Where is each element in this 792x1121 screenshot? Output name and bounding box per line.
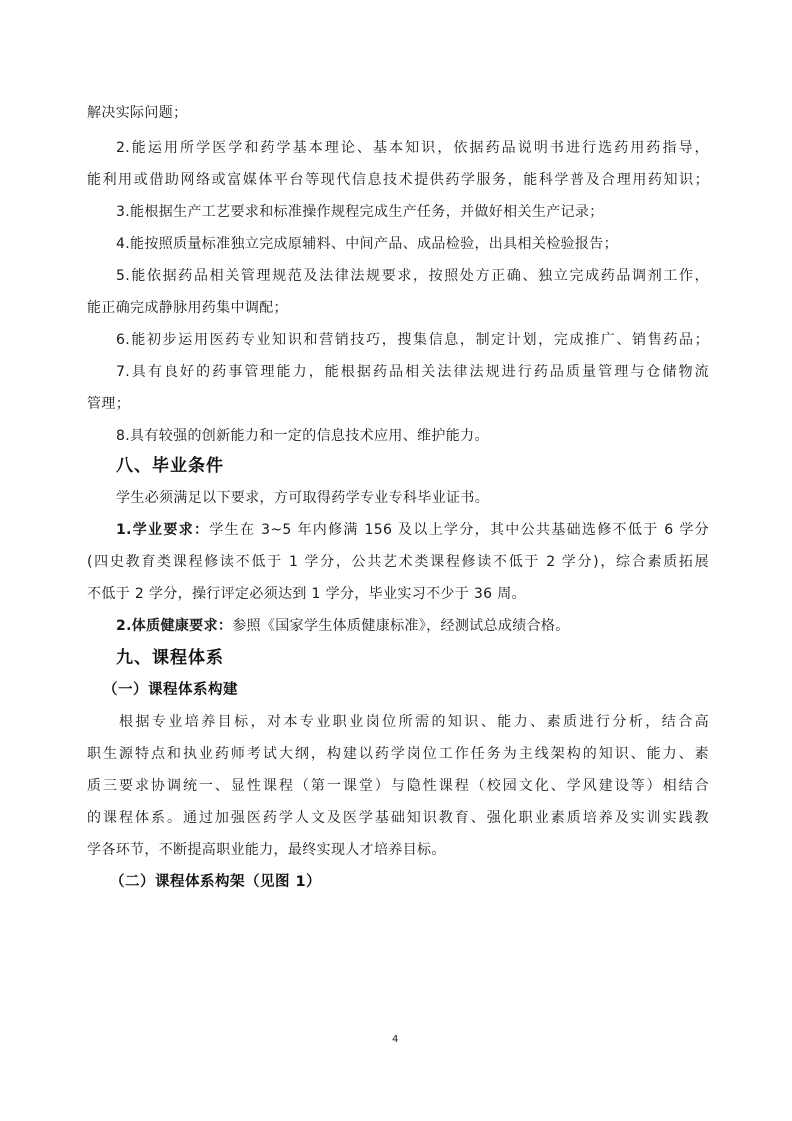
document-page: 解决实际问题； 2.能运用所学医学和药学基本理论、基本知识，依据药品说明书进行选… bbox=[0, 0, 792, 1121]
academic-requirement-cont2: 不低于 2 学分，操行评定必须达到 1 学分，毕业实习不少于 36 周。 bbox=[87, 584, 709, 604]
academic-requirement: 1.学业要求：学生在 3~5 年内修满 156 及以上学分，其中公共基础选修不低… bbox=[116, 520, 709, 540]
academic-requirement-cont: (四史教育类课程修读不低于 1 学分，公共艺术类课程修读不低于 2 学分)，综合… bbox=[87, 552, 709, 572]
ability-item-2-cont: 能利用或借助网络或富媒体平台等现代信息技术提供药学服务，能科学普及合理用药知识； bbox=[87, 170, 709, 190]
health-requirement: 2.体质健康要求：参照《国家学生体质健康标准》，经测试总成绩合格。 bbox=[116, 616, 709, 636]
section-heading-curriculum: 九、课程体系 bbox=[116, 647, 224, 669]
academic-requirement-text: 学生在 3~5 年内修满 156 及以上学分，其中公共基础选修不低于 6 学分 bbox=[209, 522, 709, 538]
curriculum-paragraph-line: 质三要求协调统一、显性课程（第一课堂）与隐性课程（校园文化、学风建设等）相结合 bbox=[87, 776, 709, 796]
curriculum-paragraph-line: 的课程体系。通过加强医药学人文及医学基础知识教育、强化职业素质培养及实训实践教 bbox=[87, 808, 709, 828]
paragraph-line: 解决实际问题； bbox=[87, 103, 709, 123]
subsection-heading-construction: （一）课程体系构建 bbox=[103, 680, 238, 700]
ability-item-7: 7.具有良好的药事管理能力，能根据药品相关法律法规进行药品质量管理与仓储物流 bbox=[116, 362, 709, 382]
ability-item-7-cont: 管理； bbox=[87, 394, 709, 414]
ability-item-2: 2.能运用所学医学和药学基本理论、基本知识，依据药品说明书进行选药用药指导， bbox=[116, 138, 709, 158]
page-number: 4 bbox=[392, 1034, 398, 1045]
ability-item-4: 4.能按照质量标准独立完成原辅料、中间产品、成品检验，出具相关检验报告； bbox=[116, 234, 709, 254]
academic-requirement-label: 1.学业要求： bbox=[116, 522, 209, 538]
ability-item-3: 3.能根据生产工艺要求和标准操作规程完成生产任务，并做好相关生产记录； bbox=[116, 202, 709, 222]
health-requirement-text: 参照《国家学生体质健康标准》，经测试总成绩合格。 bbox=[232, 618, 569, 634]
subsection-heading-framework: （二）课程体系构架（见图 1） bbox=[110, 872, 321, 892]
ability-item-5-cont: 能正确完成静脉用药集中调配； bbox=[87, 298, 709, 318]
ability-item-8: 8.具有较强的创新能力和一定的信息技术应用、维护能力。 bbox=[116, 426, 709, 446]
curriculum-paragraph-line: 职生源特点和执业药师考试大纲，构建以药学岗位工作任务为主线架构的知识、能力、素 bbox=[87, 744, 709, 764]
graduation-intro: 学生必须满足以下要求，方可取得药学专业专科毕业证书。 bbox=[116, 488, 709, 508]
health-requirement-label: 2.体质健康要求： bbox=[116, 618, 232, 634]
curriculum-paragraph-line: 根据专业培养目标，对本专业职业岗位所需的知识、能力、素质进行分析，结合高 bbox=[119, 712, 709, 732]
curriculum-paragraph-line: 学各环节，不断提高职业能力，最终实现人才培养目标。 bbox=[87, 840, 709, 860]
ability-item-5: 5.能依据药品相关管理规范及法律法规要求，按照处方正确、独立完成药品调剂工作， bbox=[116, 266, 709, 286]
section-heading-graduation: 八、毕业条件 bbox=[116, 455, 224, 477]
ability-item-6: 6.能初步运用医药专业知识和营销技巧，搜集信息，制定计划，完成推广、销售药品； bbox=[116, 330, 709, 350]
